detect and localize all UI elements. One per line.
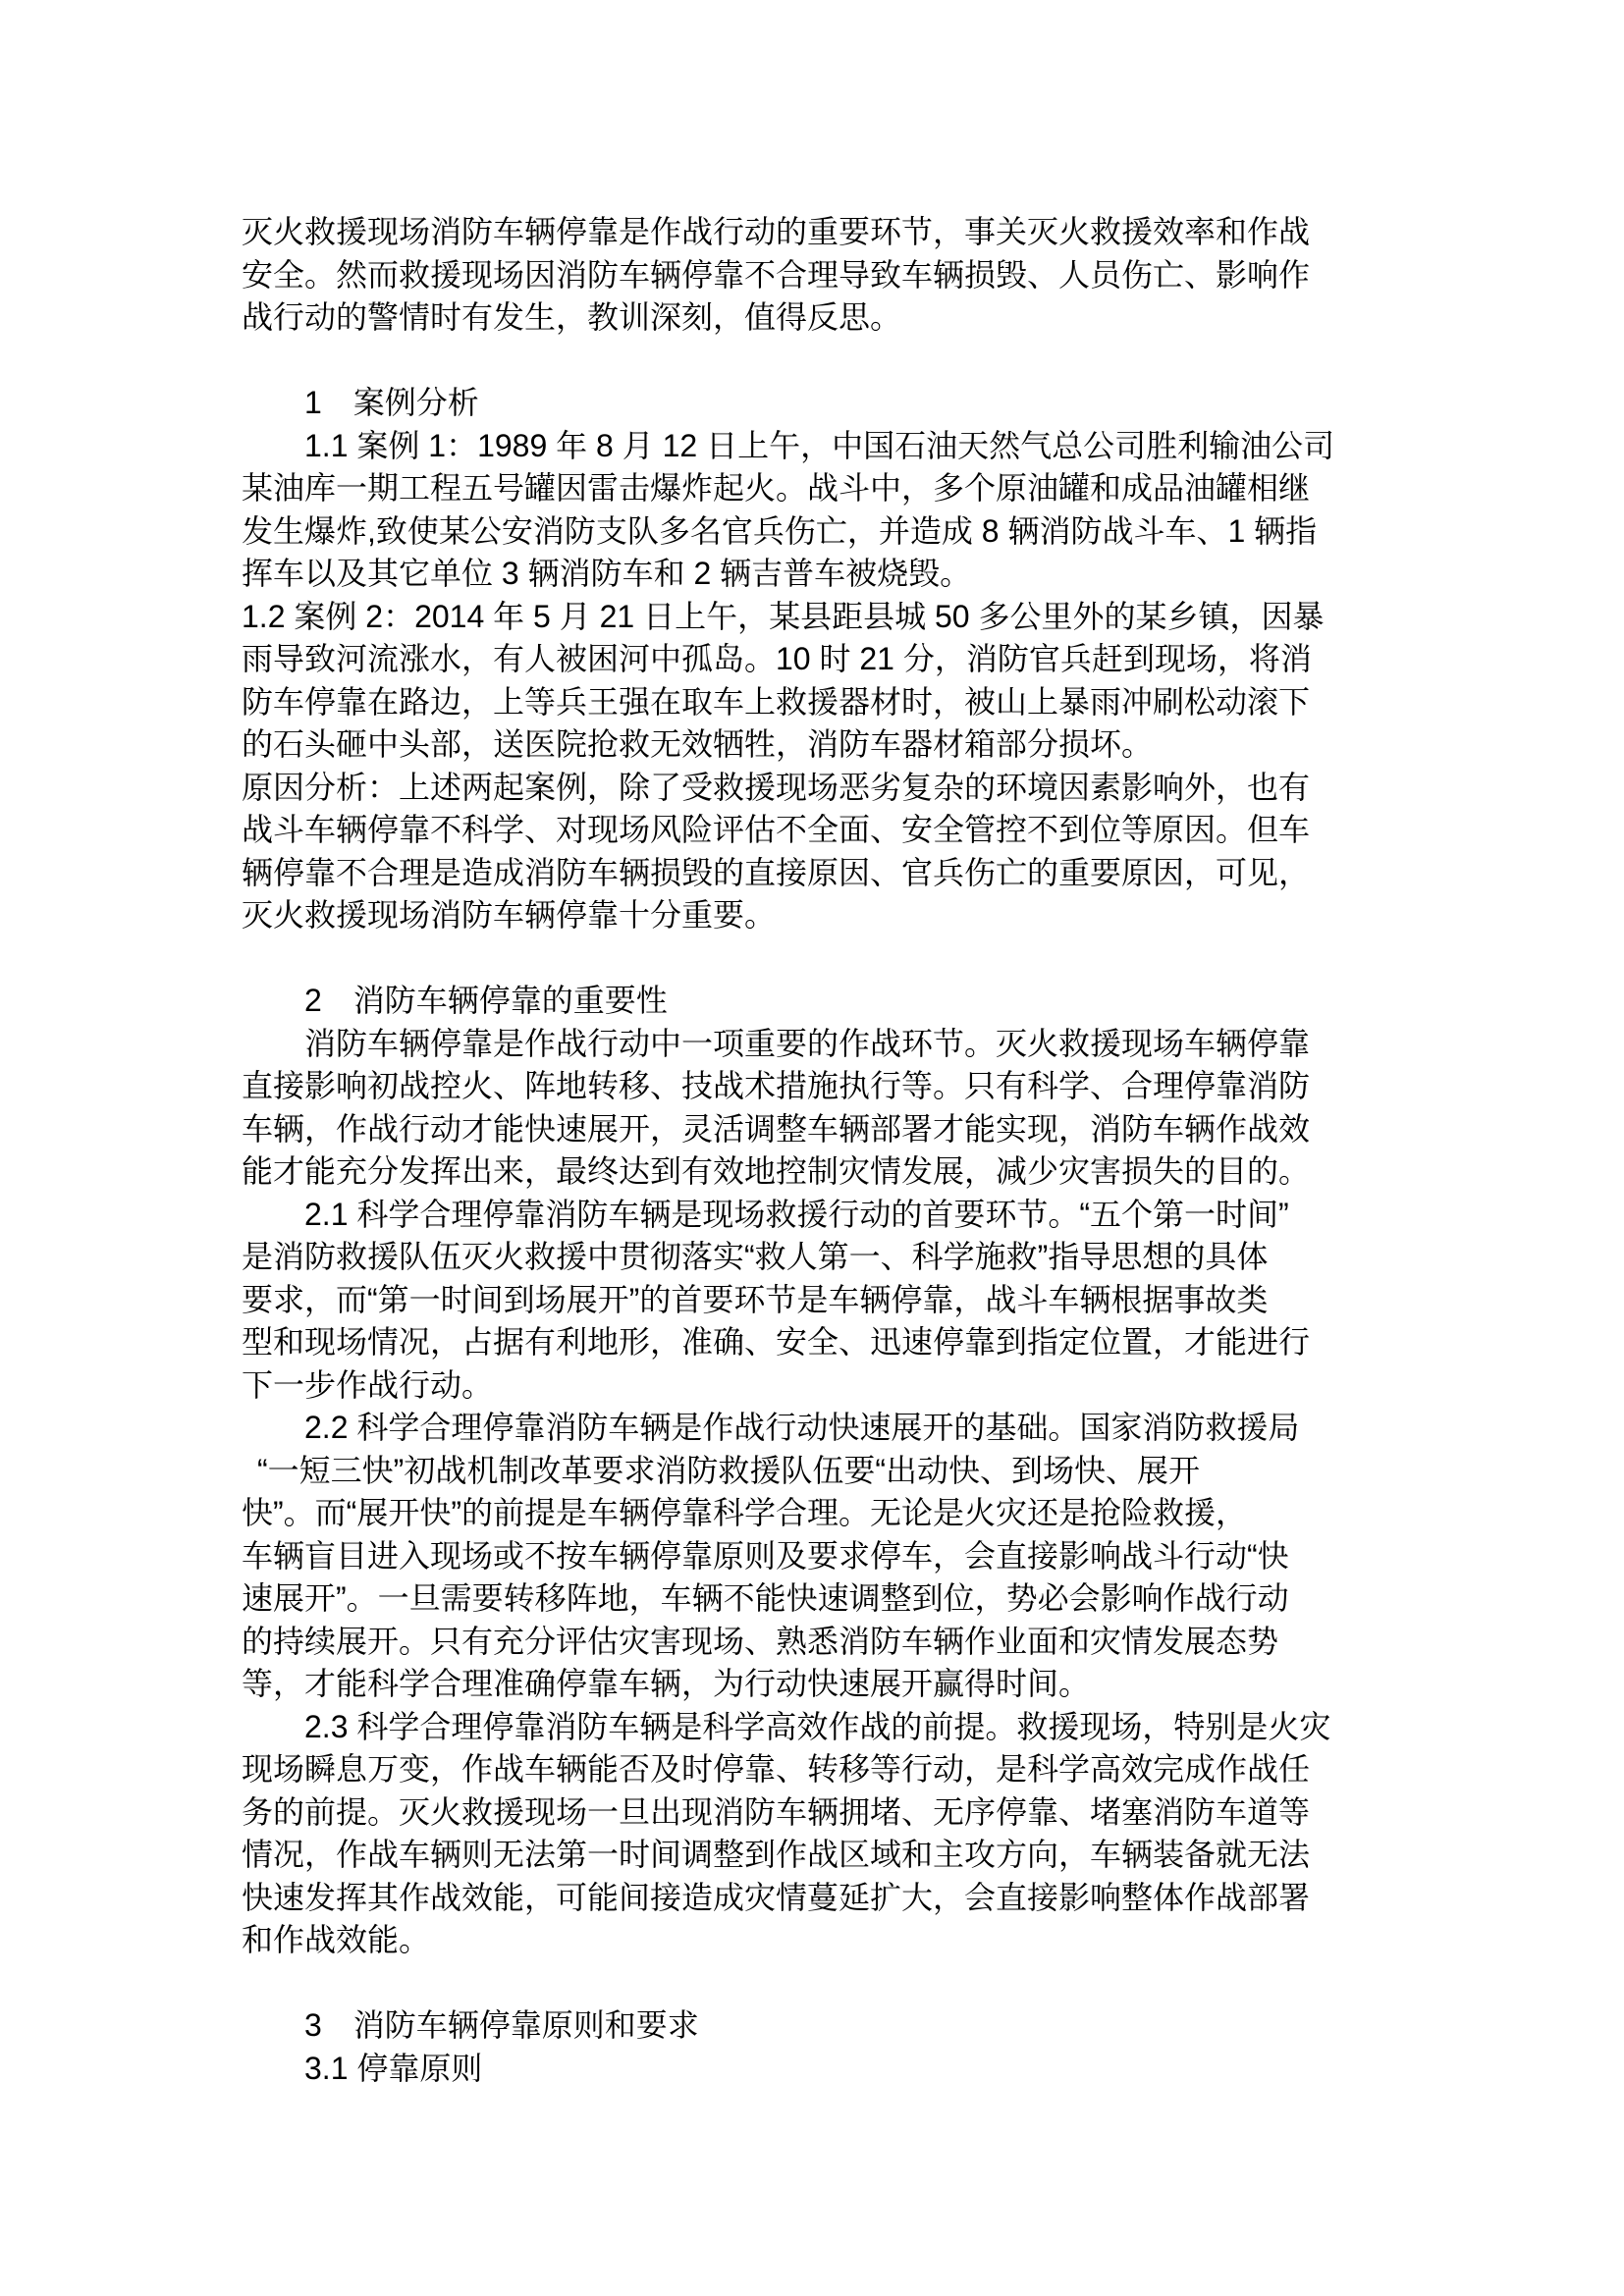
document-body: 灭火救援现场消防车辆停靠是作战行动的重要环节，事关灭火救援效率和作战安全。然而救… [242, 211, 1371, 2090]
text-line: 灭火救援现场消防车辆停靠十分重要。 [242, 894, 1371, 937]
text-line: 快速发挥其作战效能，可能间接造成灾情蔓延扩大，会直接影响整体作战部署 [242, 1877, 1371, 1920]
text-line: 车辆，作战行动才能快速展开，灵活调整车辆部署才能实现，消防车辆作战效 [242, 1108, 1371, 1151]
text-line: 消防车辆停靠是作战行动中一项重要的作战环节。灭火救援现场车辆停靠 [304, 1023, 1371, 1066]
text-line: 直接影响初战控火、阵地转移、技战术措施执行等。只有科学、合理停靠消防 [242, 1065, 1371, 1108]
text-line: 辆停靠不合理是造成消防车辆损毁的直接原因、官兵伤亡的重要原因，可见， [242, 852, 1371, 895]
text-line: 2.3 科学合理停靠消防车辆是科学高效作战的前提。救援现场，特别是火灾 [304, 1706, 1371, 1749]
text-line: 发生爆炸,致使某公安消防支队多名官兵伤亡，并造成 8 辆消防战斗车、1 辆指 [242, 510, 1371, 554]
text-line: 1.1 案例 1：1989 年 8 月 12 日上午，中国石油天然气总公司胜利输… [304, 425, 1371, 468]
text-line: 安全。然而救援现场因消防车辆停靠不合理导致车辆损毁、人员伤亡、影响作 [242, 254, 1371, 297]
text-line: 2.1 科学合理停靠消防车辆是现场救援行动的首要环节。“五个第一时间” [304, 1194, 1371, 1237]
text-line: 下一步作战行动。 [242, 1364, 1371, 1408]
blank-line [242, 340, 1371, 383]
text-line: 2 消防车辆停靠的重要性 [304, 980, 1371, 1023]
text-line: 快”。而“展开快”的前提是车辆停靠科学合理。无论是火灾还是抢险救援， [242, 1492, 1371, 1535]
text-line: 战斗车辆停靠不科学、对现场风险评估不全面、安全管控不到位等原因。但车 [242, 809, 1371, 852]
text-line: 1 案例分析 [304, 382, 1371, 425]
text-line: 情况，作战车辆则无法第一时间调整到作战区域和主攻方向，车辆装备就无法 [242, 1834, 1371, 1877]
text-line: “一短三快”初战机制改革要求消防救援队伍要“出动快、到场快、展开 [257, 1450, 1371, 1493]
blank-line [242, 1962, 1371, 2005]
text-line: 某油库一期工程五号罐因雷击爆炸起火。战斗中，多个原油罐和成品油罐相继 [242, 467, 1371, 510]
text-line: 的石头砸中头部，送医院抢救无效牺牲，消防车器材箱部分损坏。 [242, 723, 1371, 767]
text-line: 战行动的警情时有发生，教训深刻，值得反思。 [242, 296, 1371, 340]
text-line: 3.1 停靠原则 [304, 2048, 1371, 2091]
text-line: 灭火救援现场消防车辆停靠是作战行动的重要环节，事关灭火救援效率和作战 [242, 211, 1371, 254]
text-line: 要求，而“第一时间到场展开”的首要环节是车辆停靠，战斗车辆根据事故类 [242, 1279, 1371, 1322]
text-line: 等，才能科学合理准确停靠车辆，为行动快速展开赢得时间。 [242, 1663, 1371, 1706]
text-line: 防车停靠在路边，上等兵王强在取车上救援器材时，被山上暴雨冲刷松动滚下 [242, 681, 1371, 724]
text-line: 务的前提。灭火救援现场一旦出现消防车辆拥堵、无序停靠、堵塞消防车道等 [242, 1791, 1371, 1835]
text-line: 是消防救援队伍灭火救援中贯彻落实“救人第一、科学施救”指导思想的具体 [242, 1236, 1371, 1279]
text-line: 的持续展开。只有充分评估灾害现场、熟悉消防车辆作业面和灾情发展态势 [242, 1621, 1371, 1664]
text-line: 挥车以及其它单位 3 辆消防车和 2 辆吉普车被烧毁。 [242, 553, 1371, 596]
text-line: 现场瞬息万变，作战车辆能否及时停靠、转移等行动，是科学高效完成作战任 [242, 1748, 1371, 1791]
text-line: 车辆盲目进入现场或不按车辆停靠原则及要求停车，会直接影响战斗行动“快 [242, 1535, 1371, 1578]
blank-line [242, 937, 1371, 981]
text-line: 和作战效能。 [242, 1919, 1371, 1962]
text-line: 型和现场情况，占据有利地形，准确、安全、迅速停靠到指定位置，才能进行 [242, 1321, 1371, 1364]
text-line: 能才能充分发挥出来，最终达到有效地控制灾情发展，减少灾害损失的目的。 [242, 1150, 1371, 1194]
text-line: 3 消防车辆停靠原则和要求 [304, 2004, 1371, 2048]
text-line: 1.2 案例 2：2014 年 5 月 21 日上午，某县距县城 50 多公里外… [242, 596, 1371, 639]
text-line: 原因分析：上述两起案例，除了受救援现场恶劣复杂的环境因素影响外，也有 [242, 767, 1371, 810]
text-line: 雨导致河流涨水，有人被困河中孤岛。10 时 21 分，消防官兵赶到现场，将消 [242, 638, 1371, 681]
document-page: 灭火救援现场消防车辆停靠是作战行动的重要环节，事关灭火救援效率和作战安全。然而救… [0, 0, 1624, 2296]
text-line: 速展开”。一旦需要转移阵地，车辆不能快速调整到位，势必会影响作战行动 [242, 1577, 1371, 1621]
text-line: 2.2 科学合理停靠消防车辆是作战行动快速展开的基础。国家消防救援局 [304, 1407, 1371, 1450]
